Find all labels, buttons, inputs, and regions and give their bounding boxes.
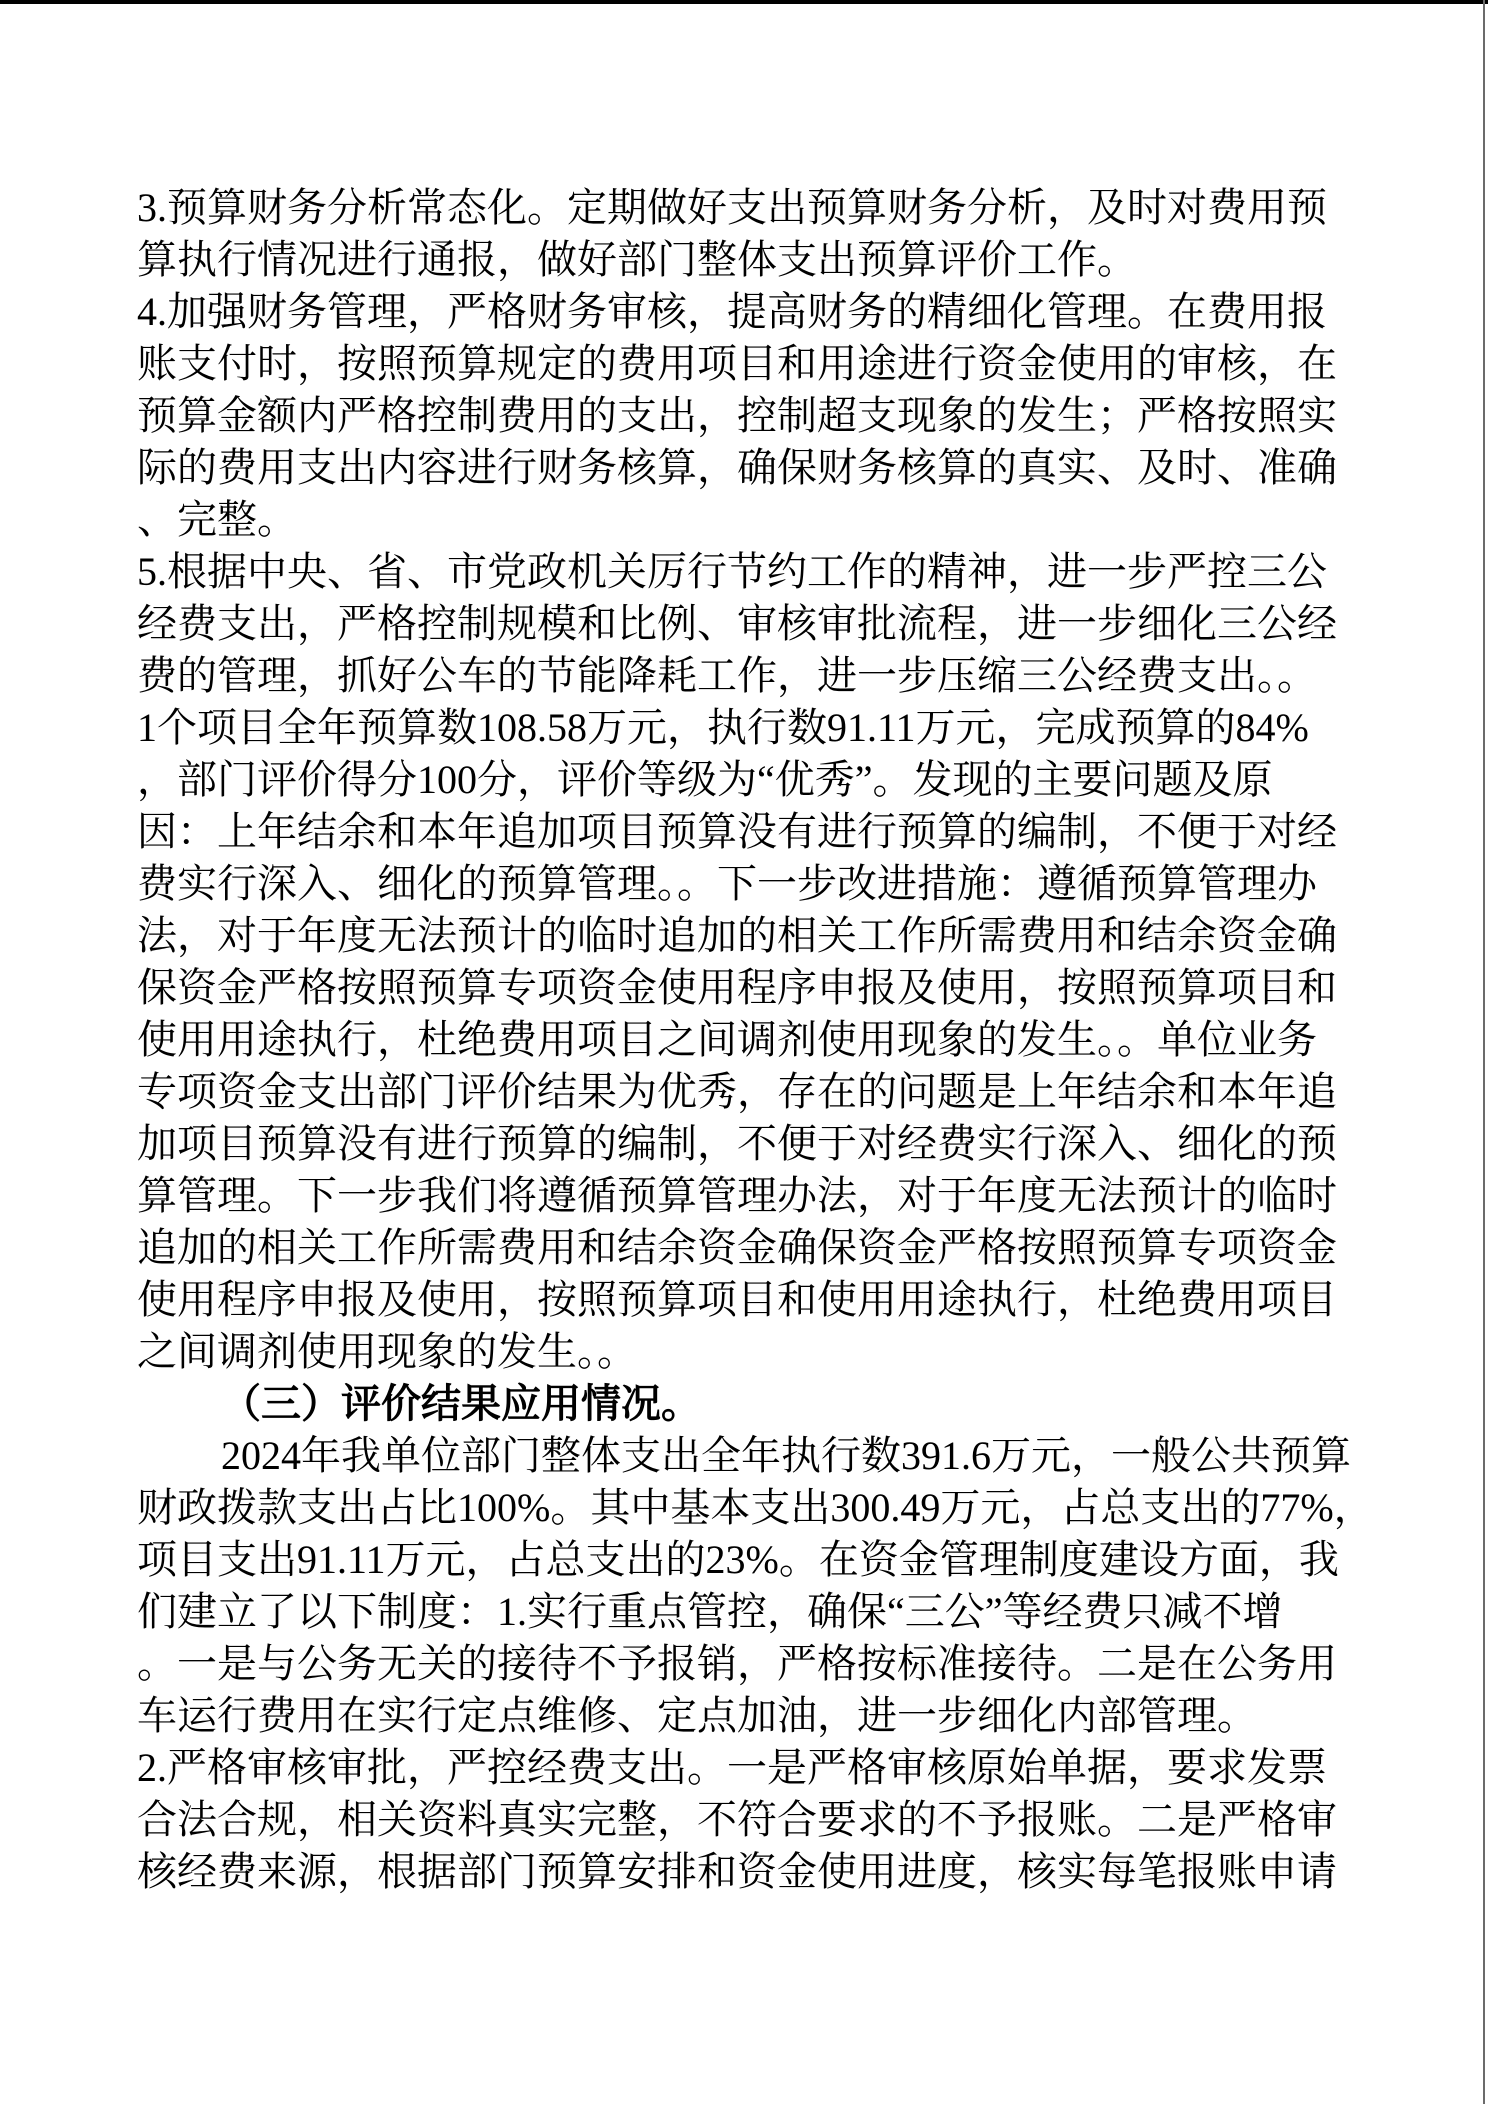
text-line: 预算金额内严格控制费用的支出，控制超支现象的发生；严格按照实 — [137, 390, 1352, 442]
text-line: 因：上年结余和本年追加项目预算没有进行预算的编制，不便于对经 — [137, 806, 1352, 858]
text-line: 2.严格审核审批，严控经费支出。一是严格审核原始单据，要求发票 — [137, 1742, 1352, 1794]
text-line: 、完整。 — [137, 494, 1352, 546]
text-line: 。一是与公务无关的接待不予报销，严格按标准接待。二是在公务用 — [137, 1638, 1352, 1690]
text-line: 费实行深入、细化的预算管理。。下一步改进措施：遵循预算管理办 — [137, 858, 1352, 910]
text-line: 算管理。下一步我们将遵循预算管理办法，对于年度无法预计的临时 — [137, 1170, 1352, 1222]
text-line: 账支付时，按照预算规定的费用项目和用途进行资金使用的审核，在 — [137, 338, 1352, 390]
text-line: 使用程序申报及使用，按照预算项目和使用用途执行，杜绝费用项目 — [137, 1274, 1352, 1326]
document-lines: 3.预算财务分析常态化。定期做好支出预算财务分析，及时对费用预算执行情况进行通报… — [137, 182, 1352, 1898]
text-line: 合法合规，相关资料真实完整，不符合要求的不予报账。二是严格审 — [137, 1794, 1352, 1846]
text-line: 加项目预算没有进行预算的编制，不便于对经费实行深入、细化的预 — [137, 1118, 1352, 1170]
text-line: 3.预算财务分析常态化。定期做好支出预算财务分析，及时对费用预 — [137, 182, 1352, 234]
text-line: 项目支出91.11万元，占总支出的23%。在资金管理制度建设方面，我 — [137, 1534, 1352, 1586]
text-line: 4.加强财务管理，严格财务审核，提高财务的精细化管理。在费用报 — [137, 286, 1352, 338]
text-line: 追加的相关工作所需费用和结余资金确保资金严格按照预算专项资金 — [137, 1222, 1352, 1274]
text-line: ，部门评价得分100分，评价等级为“优秀”。发现的主要问题及原 — [137, 754, 1352, 806]
text-line: 财政拨款支出占比100%。其中基本支出300.49万元，占总支出的77%， — [137, 1482, 1352, 1534]
document-page: 3.预算财务分析常态化。定期做好支出预算财务分析，及时对费用预算执行情况进行通报… — [0, 0, 1488, 2104]
text-line: 际的费用支出内容进行财务核算，确保财务核算的真实、及时、准确 — [137, 442, 1352, 494]
text-line: 专项资金支出部门评价结果为优秀，存在的问题是上年结余和本年追 — [137, 1066, 1352, 1118]
text-line: 法，对于年度无法预计的临时追加的相关工作所需费用和结余资金确 — [137, 910, 1352, 962]
text-line: 使用用途执行，杜绝费用项目之间调剂使用现象的发生。。单位业务 — [137, 1014, 1352, 1066]
text-line: 费的管理，抓好公车的节能降耗工作，进一步压缩三公经费支出。。 — [137, 650, 1352, 702]
text-line: 保资金严格按照预算专项资金使用程序申报及使用，按照预算项目和 — [137, 962, 1352, 1014]
text-line: 2024年我单位部门整体支出全年执行数391.6万元，一般公共预算 — [137, 1430, 1352, 1482]
text-line: 经费支出，严格控制规模和比例、审核审批流程，进一步细化三公经 — [137, 598, 1352, 650]
text-line: 之间调剂使用现象的发生。。 — [137, 1326, 1352, 1378]
text-line: 算执行情况进行通报，做好部门整体支出预算评价工作。 — [137, 234, 1352, 286]
text-line: 们建立了以下制度：1.实行重点管控，确保“三公”等经费只减不增 — [137, 1586, 1352, 1638]
text-line: 车运行费用在实行定点维修、定点加油，进一步细化内部管理。 — [137, 1690, 1352, 1742]
text-line: 1个项目全年预算数108.58万元，执行数91.11万元，完成预算的84% — [137, 702, 1352, 754]
text-line: 核经费来源，根据部门预算安排和资金使用进度，核实每笔报账申请 — [137, 1846, 1352, 1898]
page-top-edge — [0, 0, 1488, 4]
section-heading: （三）评价结果应用情况。 — [137, 1378, 1352, 1430]
text-line: 5.根据中央、省、市党政机关厉行节约工作的精神，进一步严控三公 — [137, 546, 1352, 598]
page-right-edge — [1483, 0, 1485, 2104]
